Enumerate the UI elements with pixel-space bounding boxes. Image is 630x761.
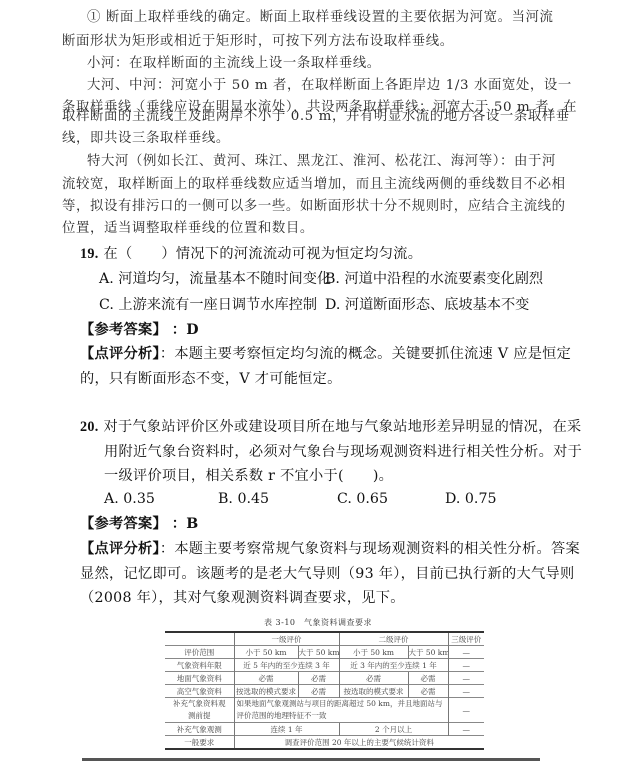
analysis: 【点评分析】：本题主要考察恒定均匀流的概念。关键要抓住流速 V 应是恒定: [80, 345, 571, 363]
answer-value: ：B: [172, 516, 199, 532]
intro-line: ① 断面上取样垂线的确定。断面上取样垂线设置的主要依据为河宽。当河流: [87, 9, 554, 27]
question-stem: 对于气象站评价区外或建设项目所在地与气象站地形差异明显的情况，在采: [103, 419, 581, 435]
intro-line: 断面形状为矩形或相近于矩形时，可按下列方法布设取样垂线。: [62, 33, 454, 51]
header-grade-2: 二级评价: [339, 632, 448, 646]
intro-line: 大河、中河：河宽小于 50 m 者，在取样断面上各距岸边 1/3 水面宽处，设一: [87, 77, 572, 95]
table-row: 评价范围 小于 50 km 大于 50 km 小于 50 km 大于 50 km…: [165, 646, 484, 659]
header-grade-1: 一级评价: [234, 632, 339, 646]
option-b: B. 0.45: [218, 490, 269, 508]
intro-line: 特大河（例如长江、黄河、珠江、黑龙江、淮河、松花江、海河等）：由于河: [87, 153, 556, 171]
option-d: D. 0.75: [445, 490, 497, 508]
option-b: B. 河道中沿程的水流要素变化剧烈: [325, 270, 543, 288]
question-number: 19.: [80, 246, 99, 262]
question-stem: 在（ ）情况下的河流流动可视为恒定均匀流。: [103, 246, 422, 262]
intro-line: 取样断面的主流线上及距两岸不小于 0.5 m，并有明显水流的地方各设一条取样垂: [62, 108, 570, 126]
option-c: C. 0.65: [337, 490, 388, 508]
table-row: 高空气象资料 按选取的模式要求 必需 按选取的模式要求 必需 —: [165, 685, 484, 698]
table-row: 补充气象观测 连续 1 年 2 个月以上 —: [165, 723, 484, 736]
option-d: D. 河道断面形态、底坡基本不变: [325, 296, 529, 314]
answer-value: ：D: [172, 322, 199, 338]
table-row: 补充气象资料观测前提 如果地面气象观测站与项目的距离超过 50 km，并且地面站…: [165, 698, 484, 723]
table-row: 气象资料年限 近 5 年内的至少连续 3 年 近 3 年内的至少连续 1 年 —: [165, 659, 484, 672]
table-row: 地面气象资料 必需 必需 必需 必需 —: [165, 672, 484, 685]
option-c: C. 上游来流有一座日调节水库控制: [99, 296, 317, 314]
intro-line: 小河：在取样断面的主流线上设一条取样垂线。: [87, 55, 381, 73]
table-caption: 表 3-10 气象资料调查要求: [264, 617, 372, 628]
question-stem-line: 用附近气象台资料时，必须对气象台与现场观测资料进行相关性分析。对于: [104, 443, 582, 461]
weather-data-requirements-table: 一级评价 二级评价 三级评价 评价范围 小于 50 km 大于 50 km 小于…: [165, 631, 484, 750]
reference-answer: 【参考答案】 ：D: [80, 321, 199, 339]
option-a: A. 0.35: [104, 490, 155, 508]
intro-line: 线，即共设三条取样垂线。: [62, 130, 230, 148]
analysis-line: 显然，记忆即可。该题考的是老大气导则（93 年），目前已执行新的大气导则: [80, 565, 574, 583]
intro-line: 流较宽，取样断面上的取样垂线数应适当增加，而且主流线两侧的垂线数目不必相: [62, 176, 566, 194]
intro-line: 等，拟设有排污口的一侧可以多一些。如断面形状十分不规则时，应结合主流线的: [62, 198, 566, 216]
table-header-row: 一级评价 二级评价 三级评价: [165, 632, 484, 646]
analysis: 【点评分析】：本题主要考察常规气象资料与现场观测资料的相关性分析。答案: [80, 540, 580, 558]
question-number: 20.: [80, 419, 99, 435]
question-stem-line: 一级评价项目，相关系数 r 不宜小于( )。: [104, 467, 393, 485]
reference-answer: 【参考答案】 ：B: [80, 515, 199, 533]
option-a: A. 河道均匀，流量基本不随时间变化: [99, 270, 331, 288]
table-row: 一般要求 调查评价范围 20 年以上的主要气候统计资料: [165, 736, 484, 750]
analysis-line: 的，只有断面形态不变，V 才可能恒定。: [80, 370, 342, 388]
intro-line: 位置，适当调整取样垂线的位置和数目。: [62, 220, 314, 238]
analysis-line: （2008 年），其对气象观测资料调查要求，见下。: [80, 589, 405, 607]
header-grade-3: 三级评价: [448, 632, 484, 646]
